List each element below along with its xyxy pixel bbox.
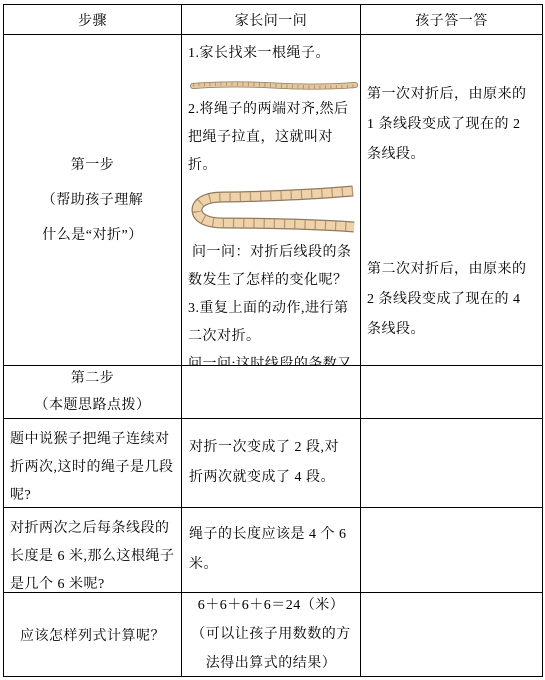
answer-text: 绳子的长度应该是 4 个 6 米。 [189,520,353,580]
question-text: 对折两次之后每条线段的长度是 6 米,那么这根绳子是几个 6 米呢? [10,515,176,593]
child-answer-1: 第一次对折后，由原来的 1 条线段变成了现在的 2 条线段。 [367,80,537,170]
step1-subtitle-line2: 什么是“对折”） [42,218,142,253]
parent-instruction-1: 1.家长找来一根绳子。 [188,40,354,68]
answer-cell-2: 绳子的长度应该是 4 个 6 米。 [182,508,361,593]
answer-cell-3: 6＋6＋6＋6＝24（米） （可以让孩子用数数的方 法得出算式的结果） [182,593,361,676]
parent-instruction-2: 2.将绳子的两端对齐,然后把绳子拉直，这就叫对折。 [188,96,354,180]
straight-rope-image [190,76,354,91]
question-text: 题中说猴子把绳子连续对折两次,这时的绳子是几段呢? [10,426,176,508]
step2-child-cell-empty [361,366,542,419]
question-cell-1: 题中说猴子把绳子连续对折两次,这时的绳子是几段呢? [4,419,182,508]
child-cell-empty-2 [361,508,542,593]
child-cell-empty-3 [361,593,542,676]
step2-parent-cell-empty [182,366,361,419]
parent-instruction-3: 3.重复上面的动作,进行第二次对折。 [188,295,354,351]
step1-child-cell: 第一次对折后，由原来的 1 条线段变成了现在的 2 条线段。 第二次对折后，由原… [361,35,542,366]
step1-label-cell: 第一步 （帮助孩子理解 什么是“对折”） [4,35,182,366]
answer-text: 对折一次变成了 2 段,对折两次就变成了 4 段。 [189,433,353,493]
question-cell-3: 应该怎样列式计算呢？ [4,593,182,676]
column-header-steps: 步骤 [4,5,182,35]
column-header-parent-ask: 家长问一问 [182,5,361,35]
header-label: 孩子答一答 [415,10,488,30]
calculation-line: 6＋6＋6＋6＝24（米） [182,593,360,620]
step1-subtitle-line1: （帮助孩子理解 [42,183,144,218]
parent-ask-1: 问一问：对折后线段的条数发生了怎样的变化呢？ [188,239,354,295]
header-label: 步骤 [78,10,107,30]
step2-title: 第二步 [71,366,115,392]
step1-parent-cell: 1.家长找来一根绳子。 2.将绳子的两端对齐,然后把绳子拉直，这就叫对折。 问一… [182,35,361,366]
calculation-note-line2: 法得出算式的结果） [182,649,360,676]
question-cell-2: 对折两次之后每条线段的长度是 6 米,那么这根绳子是几个 6 米呢? [4,508,182,593]
column-header-child-answer: 孩子答一答 [361,5,542,35]
parent-ask-2: 问一问:这时线段的条数又发生了怎样的变化呢? [188,351,354,366]
child-answer-2: 第二次对折后，由原来的 2 条线段变成了现在的 4 条线段。 [367,255,537,345]
step2-subtitle: （本题思路点拨） [35,392,151,419]
step2-label-cell: 第二步 （本题思路点拨） [4,366,182,419]
header-label: 家长问一问 [235,10,308,30]
folded-rope-image [190,183,354,237]
step1-title: 第一步 [71,148,115,183]
steps-table: 步骤 家长问一问 孩子答一答 第一步 （帮助孩子理解 什么是“对折”） 1.家长… [3,4,543,677]
calculation-note-line1: （可以让孩子用数数的方 [182,620,360,649]
child-cell-empty-1 [361,419,542,508]
answer-cell-1: 对折一次变成了 2 段,对折两次就变成了 4 段。 [182,419,361,508]
worksheet-page: 步骤 家长问一问 孩子答一答 第一步 （帮助孩子理解 什么是“对折”） 1.家长… [0,0,545,680]
question-text: 应该怎样列式计算呢？ [20,625,165,645]
